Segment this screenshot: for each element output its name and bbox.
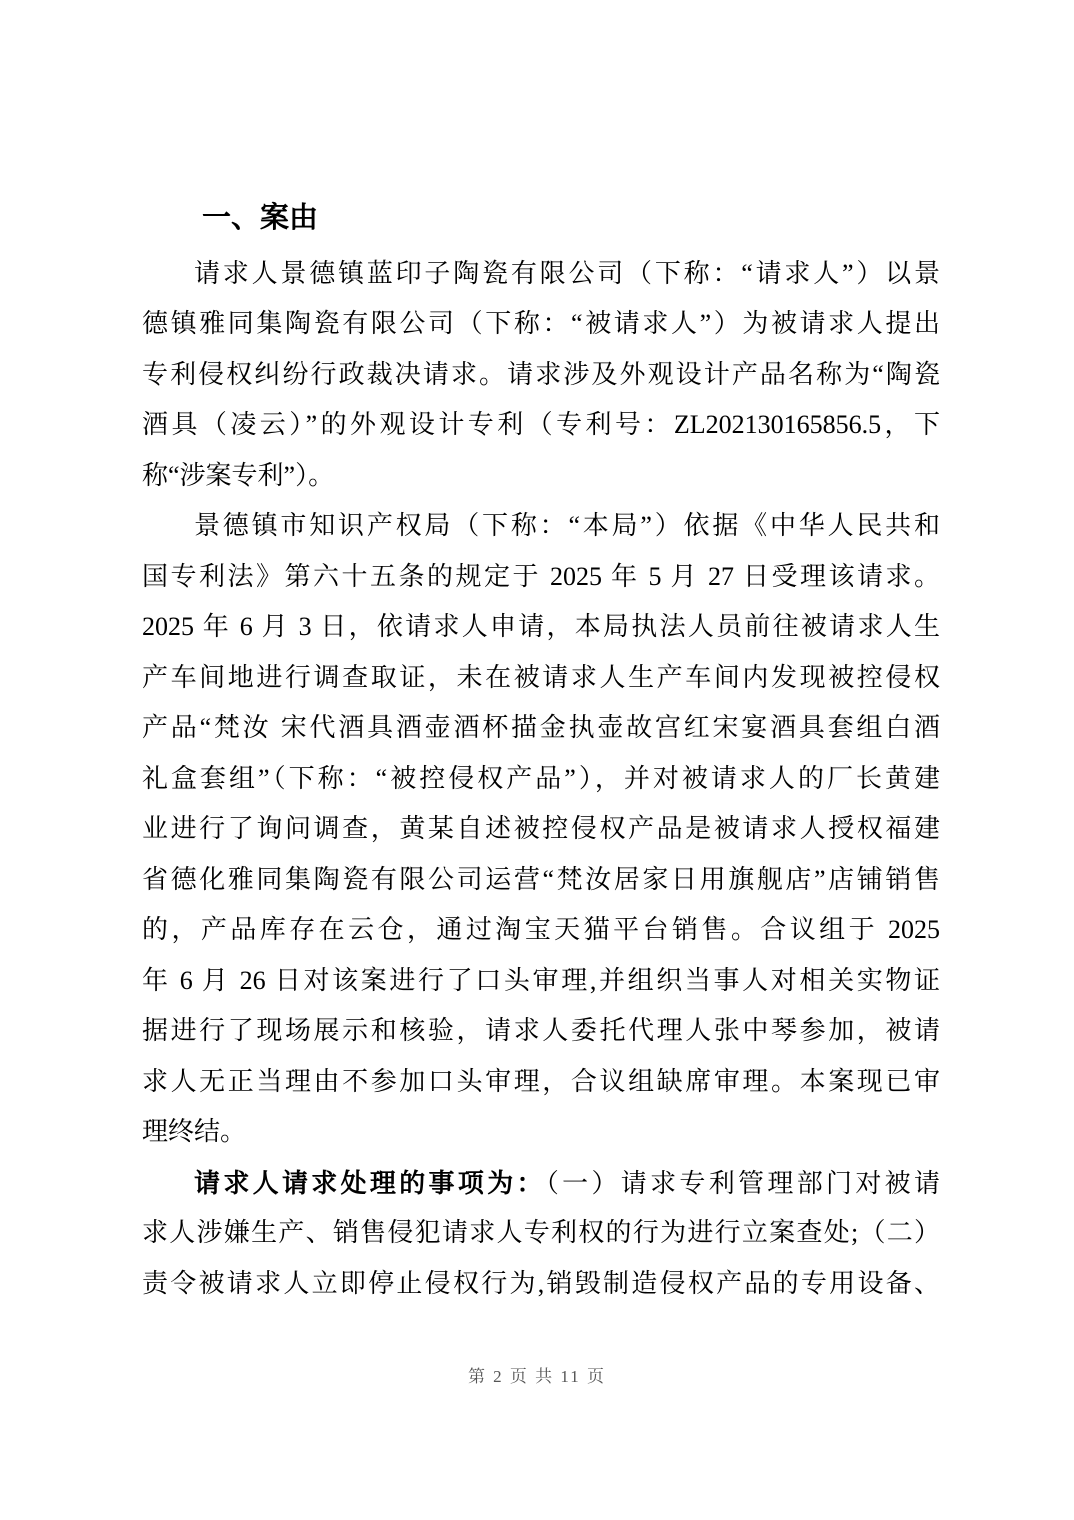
text-line: 年 6 月 26 日对该案进行了口头审理,并组织当事人对相关实物证 [142, 956, 940, 1007]
text-line: 国专利法》第六十五条的规定于 2025 年 5 月 27 日受理该请求。 [142, 552, 940, 603]
text-line: 责令被请求人立即停止侵权行为,销毁制造侵权产品的专用设备、 [142, 1259, 940, 1310]
text-line: 产车间地进行调查取证，未在被请求人生产车间内发现被控侵权 [142, 653, 940, 704]
text-line: 称“涉案专利”）。 [142, 451, 940, 502]
bold-lead-text: 请求人请求处理的事项为： [194, 1168, 546, 1198]
text-line: 求人涉嫌生产、销售侵犯请求人专利权的行为进行立案查处;（二） [142, 1208, 940, 1259]
text-line: 德镇雅同集陶瓷有限公司（下称：“被请求人”）为被请求人提出 [142, 299, 940, 350]
text-line: 省德化雅同集陶瓷有限公司运营“梵汝居家日用旗舰店”店铺销售 [142, 855, 940, 906]
text-line: 产品“梵汝 宋代酒具酒壶酒杯描金执壶故宫红宋宴酒具套组白酒 [142, 703, 940, 754]
text-line: 酒具（凌云）”的外观设计专利（专利号：ZL202130165856.5，下 [142, 400, 940, 451]
document-body: 一、案由 请求人景德镇蓝印子陶瓷有限公司（下称：“请求人”）以景 德镇雅同集陶瓷… [142, 198, 940, 1309]
lead-line-rest: （一）请求专利管理部门对被请 [546, 1169, 940, 1198]
text-line: 景德镇市知识产权局（下称：“本局”）依据《中华人民共和 [142, 501, 940, 552]
section-heading: 一、案由 [202, 198, 940, 249]
text-line: 业进行了询问调查，黄某自述被控侵权产品是被请求人授权福建 [142, 804, 940, 855]
text-line: 理终结。 [142, 1107, 940, 1158]
text-line: 请求人请求处理的事项为：（一）请求专利管理部门对被请 [142, 1158, 940, 1209]
paragraph-case-intro: 请求人景德镇蓝印子陶瓷有限公司（下称：“请求人”）以景 德镇雅同集陶瓷有限公司（… [142, 249, 940, 502]
page-number: 第 2 页 共 11 页 [0, 1362, 1074, 1387]
text-line: 的，产品库存在云仓，通过淘宝天猫平台销售。合议组于 2025 [142, 905, 940, 956]
text-line: 2025 年 6 月 3 日，依请求人申请，本局执法人员前往被请求人生 [142, 602, 940, 653]
paragraph-procedure: 景德镇市知识产权局（下称：“本局”）依据《中华人民共和 国专利法》第六十五条的规… [142, 501, 940, 1158]
document-page: 一、案由 请求人景德镇蓝印子陶瓷有限公司（下称：“请求人”）以景 德镇雅同集陶瓷… [0, 0, 1074, 1520]
text-line: 求人无正当理由不参加口头审理，合议组缺席审理。本案现已审 [142, 1057, 940, 1108]
text-line: 专利侵权纠纷行政裁决请求。请求涉及外观设计产品名称为“陶瓷 [142, 350, 940, 401]
text-line: 礼盒套组”（下称：“被控侵权产品”），并对被请求人的厂长黄建 [142, 754, 940, 805]
text-line: 请求人景德镇蓝印子陶瓷有限公司（下称：“请求人”）以景 [142, 249, 940, 300]
text-line: 据进行了现场展示和核验，请求人委托代理人张中琴参加，被请 [142, 1006, 940, 1057]
paragraph-requests: 请求人请求处理的事项为：（一）请求专利管理部门对被请 求人涉嫌生产、销售侵犯请求… [142, 1158, 940, 1310]
